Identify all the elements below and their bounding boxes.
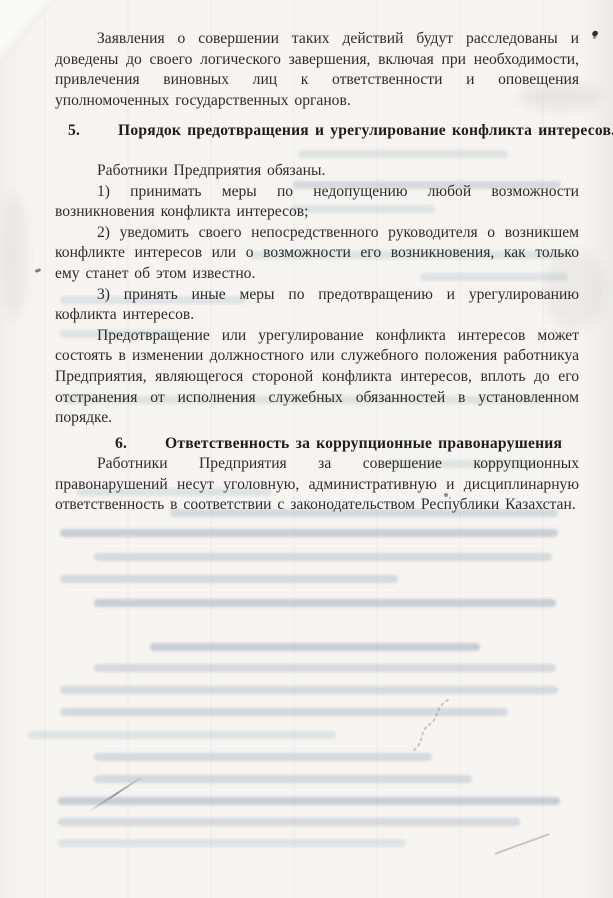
intro-paragraph: Заявления о совершении таких действий бу… xyxy=(55,29,579,111)
bleedthrough-text-artifact xyxy=(94,753,432,761)
section-5-paragraph: 3) принять иные меры по предотвращению и… xyxy=(55,285,579,326)
scanned-document-page: Заявления о совершении таких действий бу… xyxy=(0,0,613,898)
section-6-title: Ответственность за коррупционные правона… xyxy=(165,435,562,452)
section-6-paragraph: Работники Предприятия за совершение корр… xyxy=(55,454,579,516)
section-5-paragraph: Работники Предприятия обязаны. xyxy=(55,161,579,182)
pen-stroke-artifact xyxy=(494,833,549,854)
section-5-heading: 5.Порядок предотвращения и урегулировани… xyxy=(55,121,579,142)
bleedthrough-text-artifact xyxy=(94,664,556,672)
section-5-paragraph: Предотвращение или урегулирование конфли… xyxy=(55,326,579,429)
bleedthrough-text-artifact xyxy=(58,818,520,826)
section-6-number: 6. xyxy=(115,434,165,455)
bleedthrough-text-artifact xyxy=(58,839,406,847)
bleedthrough-text-artifact xyxy=(150,643,480,651)
bleedthrough-text-artifact xyxy=(28,731,336,739)
document-body: Заявления о совершении таких действий бу… xyxy=(0,0,613,516)
bleedthrough-text-artifact xyxy=(94,553,552,561)
section-6-heading: 6.Ответственность за коррупционные право… xyxy=(55,434,579,455)
bleedthrough-text-artifact xyxy=(94,775,472,783)
bleedthrough-text-artifact xyxy=(60,708,508,716)
pen-squiggle-artifact xyxy=(410,696,454,754)
bleedthrough-text-artifact xyxy=(60,529,558,537)
bleedthrough-text-artifact xyxy=(58,797,560,805)
bleedthrough-text-artifact xyxy=(94,599,556,607)
section-5-paragraph: 1) принимать меры по недопущению любой в… xyxy=(55,182,579,223)
section-5-title: Порядок предотвращения и урегулирование … xyxy=(118,122,613,139)
section-5-number: 5. xyxy=(68,121,118,142)
bleedthrough-text-artifact xyxy=(60,686,558,694)
bleedthrough-text-artifact xyxy=(60,575,398,583)
section-5-paragraph: 2) уведомить своего непосредственного ру… xyxy=(55,223,579,285)
